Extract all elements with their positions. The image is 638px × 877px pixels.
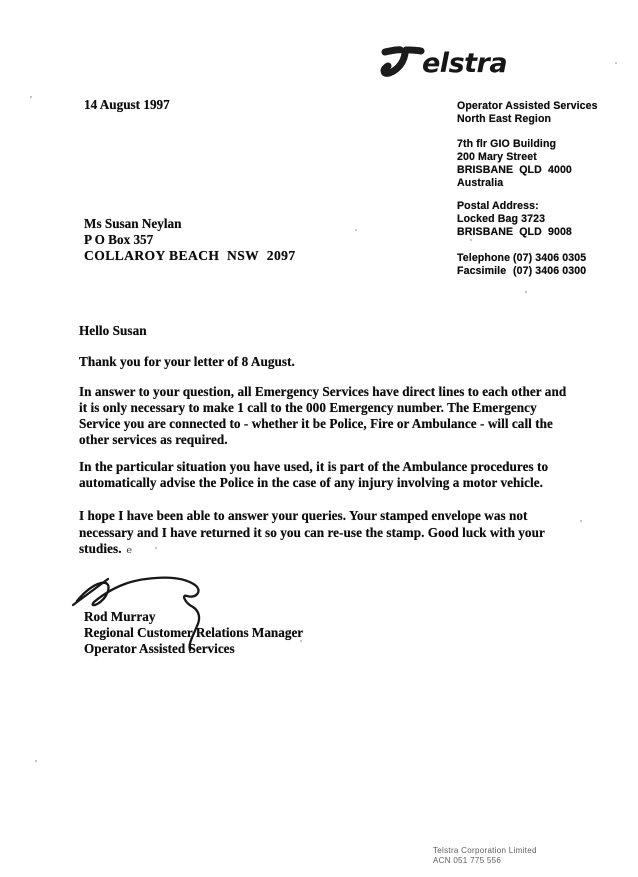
recipient-block: Ms Susan Neylan P O Box 357 COLLAROY BEA… [84,216,296,263]
recipient-city: COLLAROY BEACH NSW 2097 [84,248,296,264]
footer-block: Telstra Corporation Limited ACN 051 775 … [433,846,537,866]
scan-speck [470,239,472,241]
signoff-title: Regional Customer Relations Manager [84,625,303,641]
sender-postal: Postal Address: Locked Bag 3723 BRISBANE… [457,200,627,239]
logo-wordmark: elstra [422,48,507,79]
paragraph-2: In answer to your question, all Emergenc… [79,384,587,449]
stray-scan-mark: ℮ [127,545,132,555]
signature-stroke-1 [73,579,108,605]
letter-date: 14 August 1997 [84,97,170,113]
telephone-label: Telephone [457,252,513,265]
paragraph-3: In the particular situation you have use… [79,459,587,492]
sender-region: North East Region [457,113,627,126]
scan-speck [30,96,32,98]
postal-address-label: Postal Address: [457,200,627,213]
letter-body: Hello Susan Thank you for your letter of… [79,323,587,558]
telstra-logo: elstra [372,42,532,84]
footer-company: Telstra Corporation Limited [433,846,537,856]
signoff-name: Rod Murray [84,609,303,625]
sender-department: Operator Assisted Services [457,100,627,113]
scan-speck [525,291,527,293]
logo-t-bar-right [406,50,421,51]
paragraph-1: Thank you for your letter of 8 August. [79,354,587,370]
telephone-number: (07) 3406 0305 [513,252,586,265]
facsimile-label: Facsimile [457,265,513,278]
postal-address-lines: Locked Bag 3723 BRISBANE QLD 9008 [457,213,627,239]
sender-block: Operator Assisted Services North East Re… [457,100,627,289]
scan-speck [90,551,92,553]
scan-speck [355,229,357,231]
paragraph-4-text: I hope I have been able to answer your q… [79,508,545,556]
telstra-logo-graphic: elstra [372,42,532,84]
telephone-row: Telephone (07) 3406 0305 [457,252,627,265]
logo-t-stem [384,53,405,73]
signoff-block: Rod Murray Regional Customer Relations M… [84,609,303,658]
recipient-po-box: P O Box 357 [84,232,296,248]
scanned-letter-page: elstra 14 August 1997 Operator Assisted … [0,0,638,877]
facsimile-number: (07) 3406 0300 [513,265,586,278]
facsimile-row: Facsimile (07) 3406 0300 [457,265,627,278]
sender-department-group: Operator Assisted Services North East Re… [457,100,627,126]
paragraph-4: I hope I have been able to answer your q… [79,508,587,558]
signoff-department: Operator Assisted Services [84,641,303,657]
logo-t-bar-left [385,50,401,52]
scan-speck [35,760,37,762]
salutation: Hello Susan [79,323,587,339]
scan-speck [155,547,157,549]
scan-speck [615,62,617,64]
sender-phone-group: Telephone (07) 3406 0305 Facsimile (07) … [457,252,627,278]
scan-speck [580,520,582,522]
sender-address: 7th flr GIO Building 200 Mary Street BRI… [457,138,627,190]
footer-acn: ACN 051 775 556 [433,856,537,866]
scan-speck [300,640,302,642]
recipient-name: Ms Susan Neylan [84,216,296,232]
